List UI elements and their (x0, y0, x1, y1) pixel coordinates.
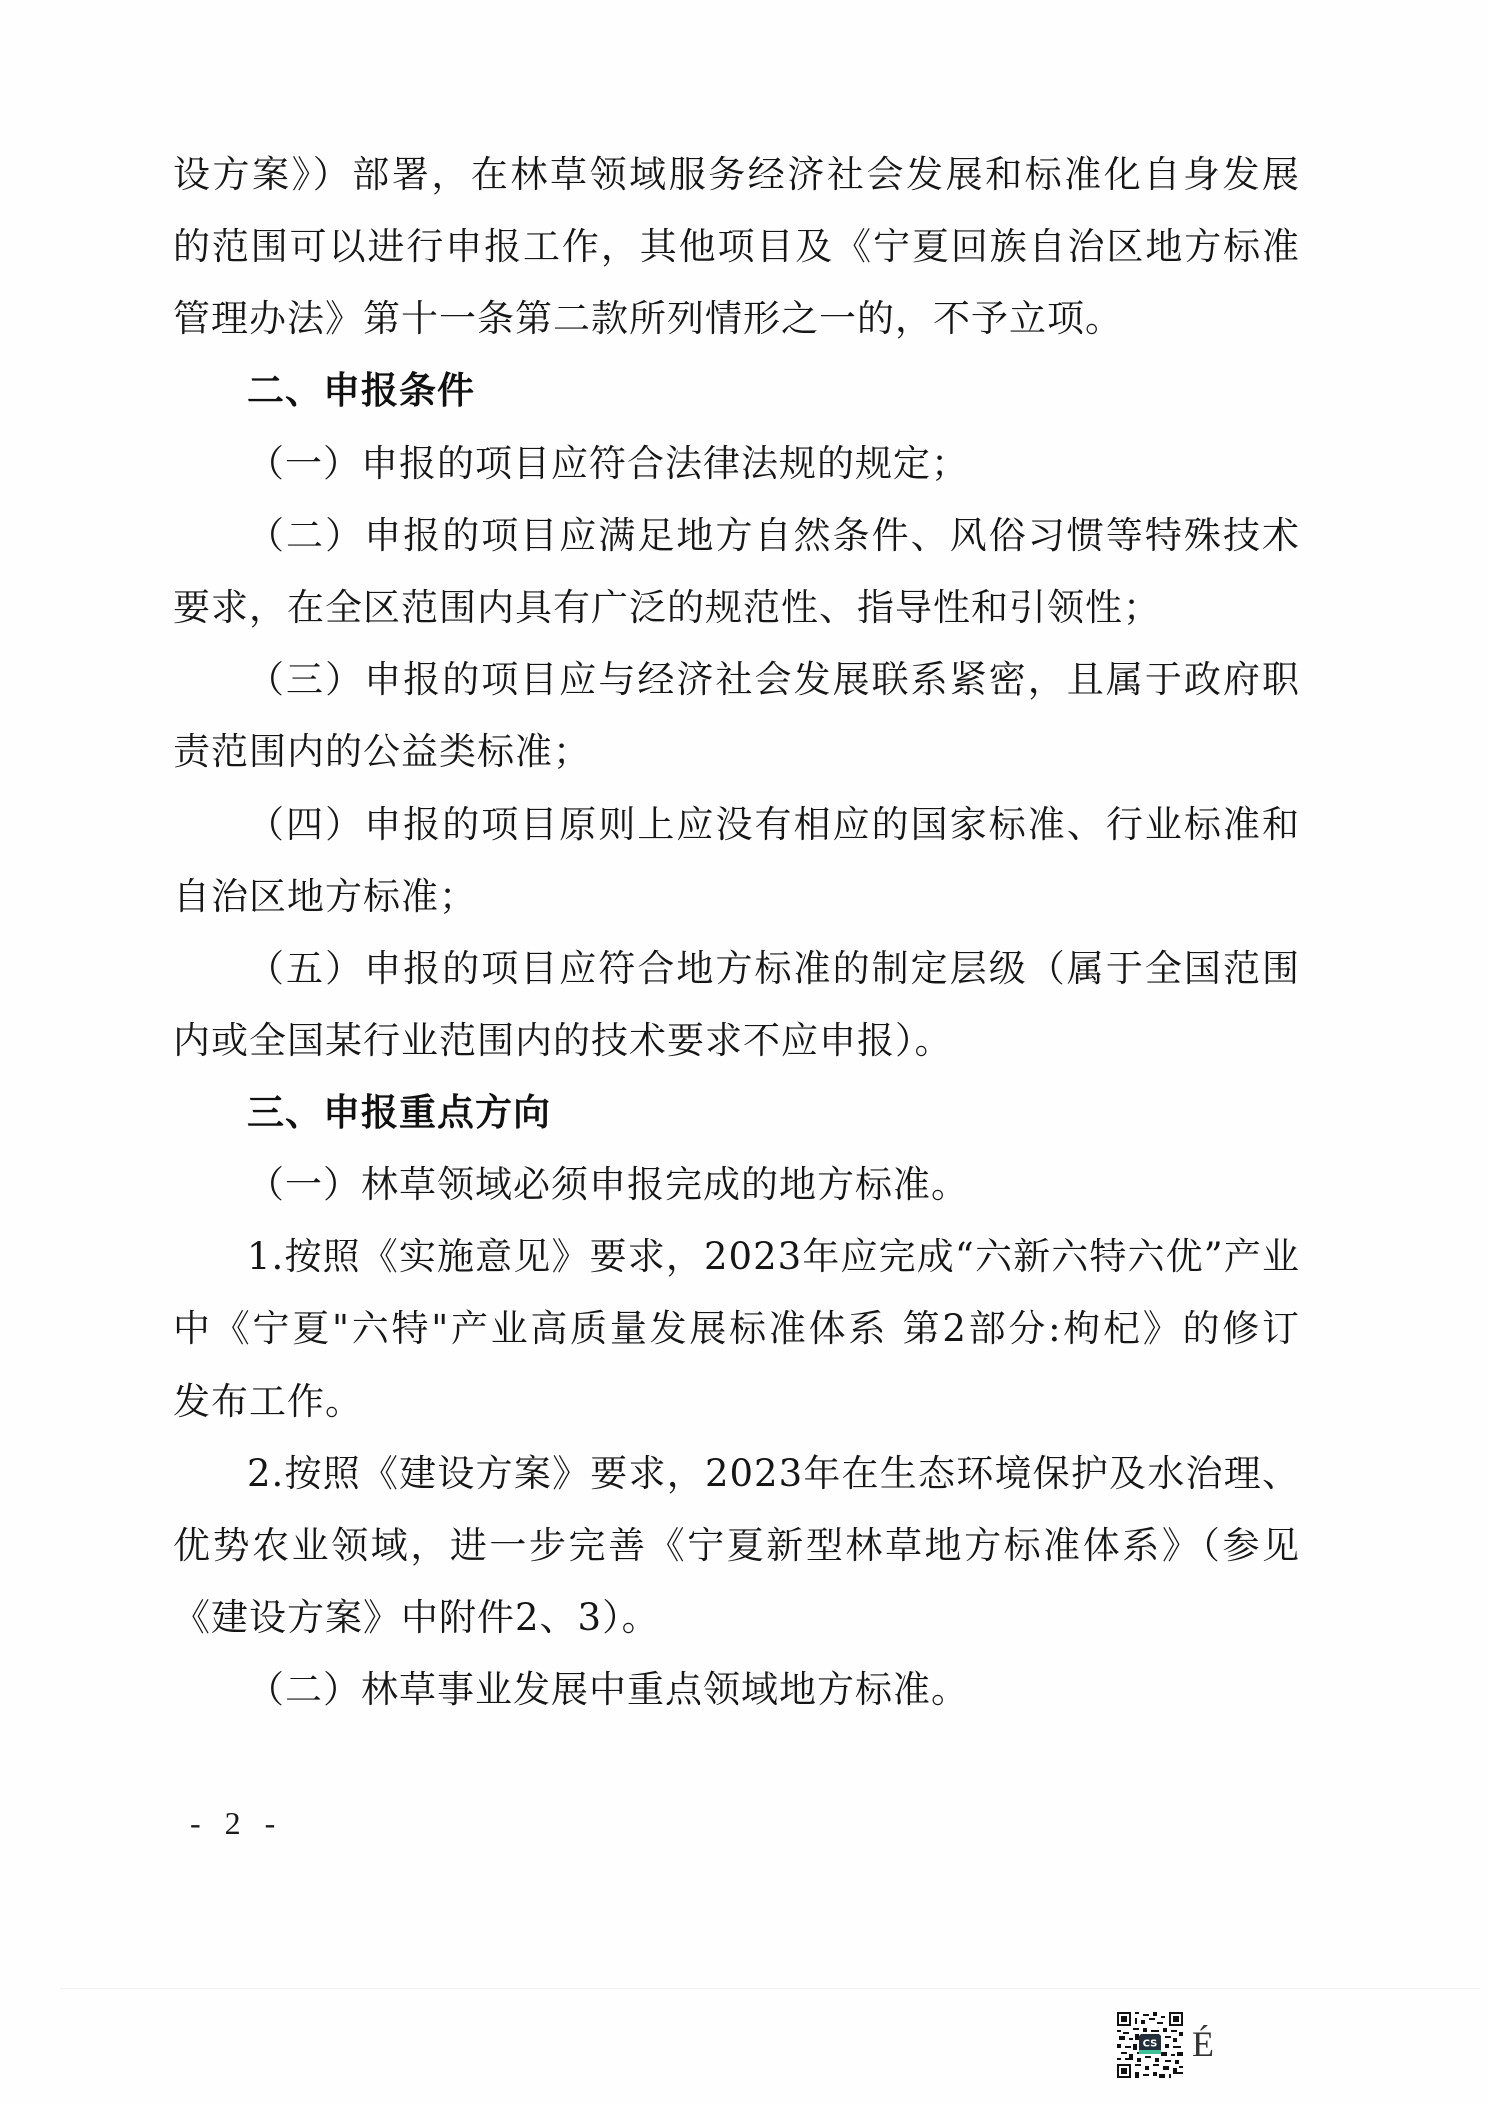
paragraph-line: 1.按照《实施意见》要求，2023年应完成“六新六特六优”产业 (247, 1232, 1300, 1282)
qr-side-mark: É (1192, 2024, 1214, 2064)
scan-artifact (60, 1988, 1480, 1989)
paragraph-line: （三）申报的项目应与经济社会发展联系紧密，且属于政府职 (247, 655, 1300, 705)
paragraph-line: （一）申报的项目应符合法律法规的规定； (247, 439, 969, 489)
paragraph-line: （五）申报的项目应符合地方标准的制定层级（属于全国范围 (247, 944, 1300, 994)
section-heading-3: 三、申报重点方向 (247, 1088, 551, 1138)
qr-badge-text: CS (1143, 2039, 1158, 2050)
paragraph-line: 设方案》）部署，在林草领域服务经济社会发展和标准化自身发展 (173, 150, 1300, 200)
paragraph-line: （一）林草领域必须申报完成的地方标准。 (247, 1160, 969, 1210)
paragraph-line: 内或全国某行业范围内的技术要求不应申报）。 (173, 1016, 953, 1066)
paragraph-line: 自治区地方标准； (173, 872, 477, 922)
paragraph-line: 发布工作。 (173, 1377, 363, 1427)
paragraph-line: 管理办法》第十一条第二款所列情形之一的，不予立项。 (173, 294, 1123, 344)
paragraph-line: （二）申报的项目应满足地方自然条件、风俗习惯等特殊技术 (247, 511, 1300, 561)
paragraph-line: 要求，在全区范围内具有广泛的规范性、指导性和引领性； (173, 583, 1161, 633)
section-heading-2: 二、申报条件 (247, 366, 475, 416)
paragraph-line: 中《宁夏"六特"产业高质量发展标准体系 第2部分:枸杞》的修订 (173, 1304, 1300, 1354)
paragraph-line: （二）林草事业发展中重点领域地方标准。 (247, 1665, 969, 1715)
paragraph-line: 《建设方案》中附件2、3）。 (173, 1593, 660, 1643)
paragraph-line: 优势农业领域，进一步完善《宁夏新型林草地方标准体系》（参见 (173, 1521, 1300, 1571)
paragraph-line: 的范围可以进行申报工作，其他项目及《宁夏回族自治区地方标准 (173, 222, 1300, 272)
paragraph-line: （四）申报的项目原则上应没有相应的国家标准、行业标准和 (247, 800, 1300, 850)
page-number: - 2 - (190, 1803, 283, 1843)
paragraph-line: 责范围内的公益类标准； (173, 727, 591, 777)
qr-code-icon: CS (1117, 2012, 1183, 2078)
paragraph-line: 2.按照《建设方案》要求，2023年在生态环境保护及水治理、 (247, 1449, 1300, 1499)
document-page: 设方案》）部署，在林草领域服务经济社会发展和标准化自身发展 的范围可以进行申报工… (0, 0, 1487, 2105)
